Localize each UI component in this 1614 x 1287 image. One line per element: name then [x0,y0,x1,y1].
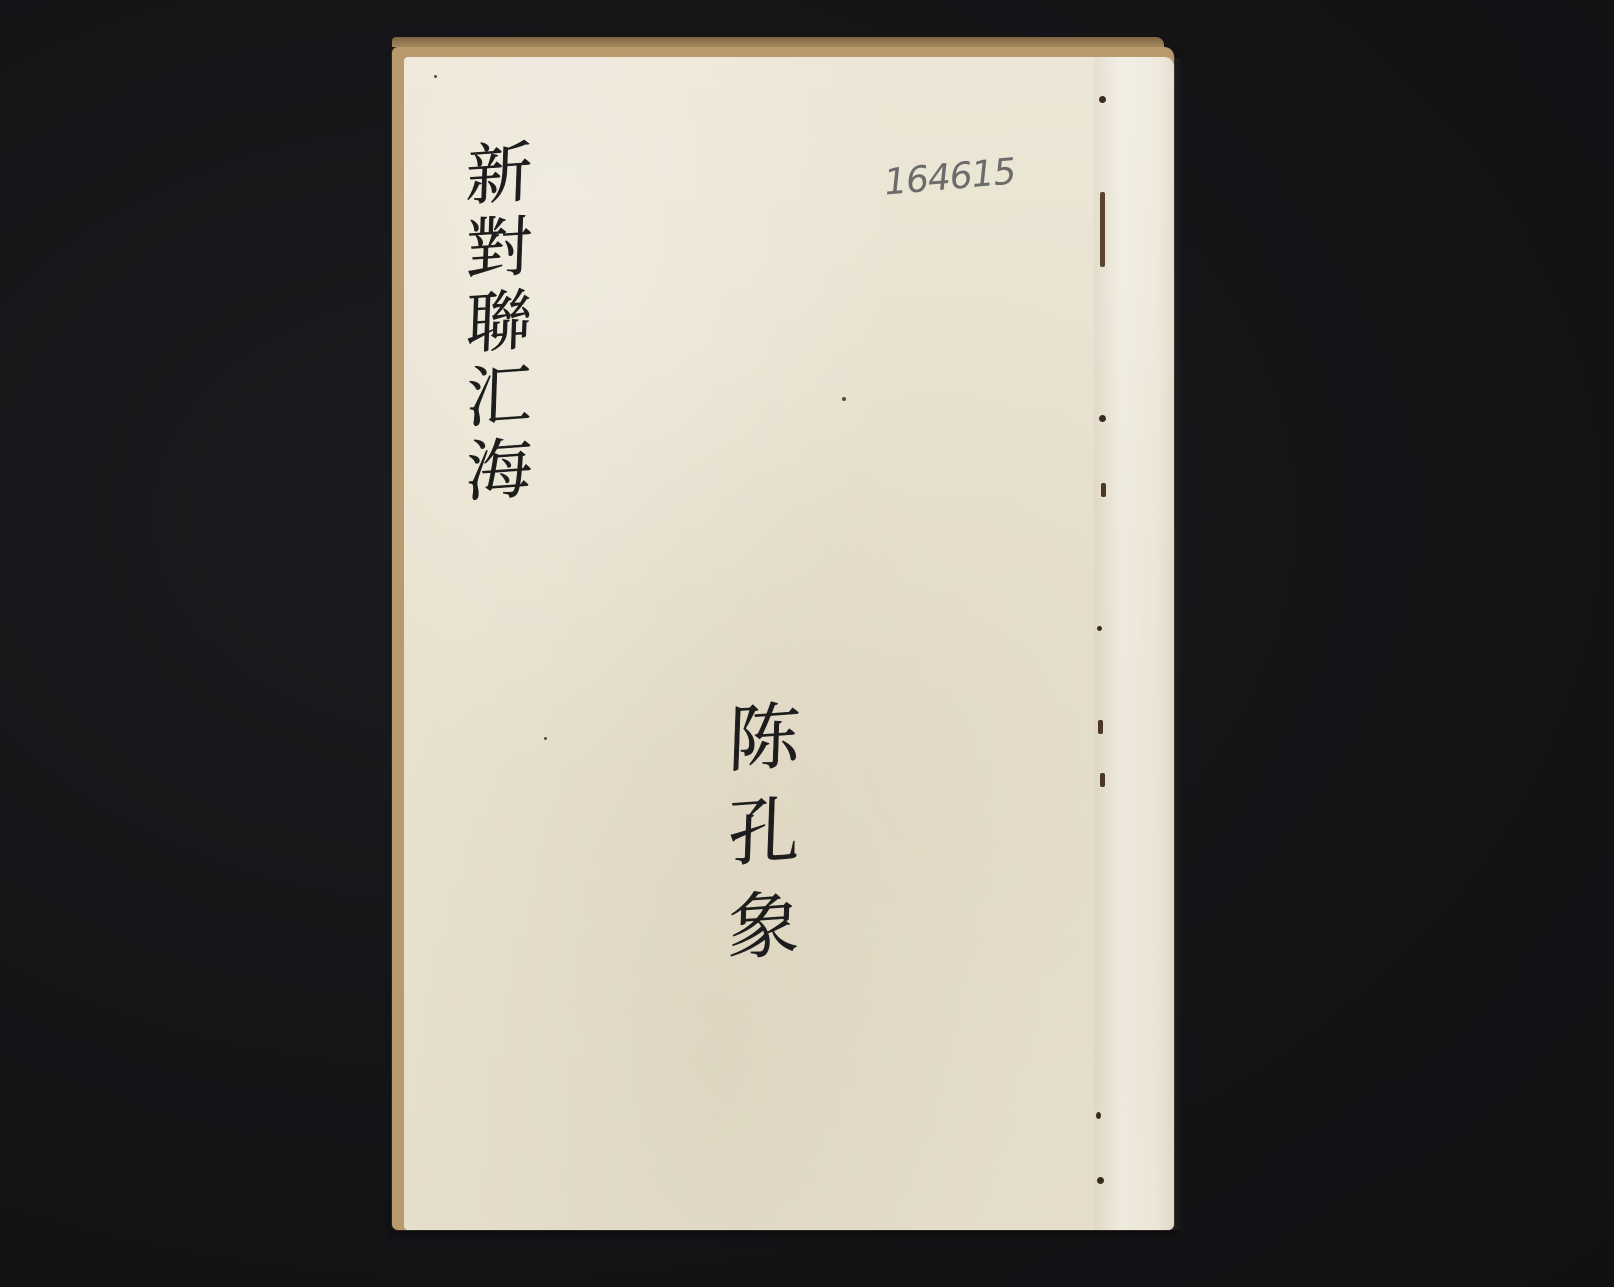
title-char: 海 [465,436,533,507]
paper-speck [544,737,547,740]
stitch-thread [1100,192,1105,267]
stitch-hole [1096,1112,1101,1119]
title-char: 對 [465,214,533,285]
booklet-cover: 新 對 聯 汇 海 164615 陈 孔 象 [404,57,1174,1230]
stitch-hole [1097,1177,1104,1184]
handwritten-title: 新 對 聯 汇 海 [454,142,544,504]
spine-fold [1094,57,1184,1230]
stitch-hole [1097,626,1102,631]
paper-speck [434,75,437,78]
title-char: 汇 [465,362,533,433]
stitch-hole [1099,415,1106,422]
handwritten-author: 陈 孔 象 [714,702,814,962]
photo-stage: 新 對 聯 汇 海 164615 陈 孔 象 [0,0,1614,1287]
author-char: 象 [727,887,801,964]
title-char: 聯 [465,288,533,359]
author-char: 陈 [727,699,801,776]
stitch-hole [1101,483,1106,497]
paper-speck [842,397,846,401]
booklet: 新 對 聯 汇 海 164615 陈 孔 象 [392,47,1174,1230]
stitch-hole [1100,773,1105,787]
catalog-number: 164615 [882,151,1017,203]
stitch-hole [1098,720,1103,734]
author-char: 孔 [727,793,801,870]
title-char: 新 [465,140,533,211]
stitch-hole [1099,96,1106,103]
booklet-top-edge [392,37,1164,47]
